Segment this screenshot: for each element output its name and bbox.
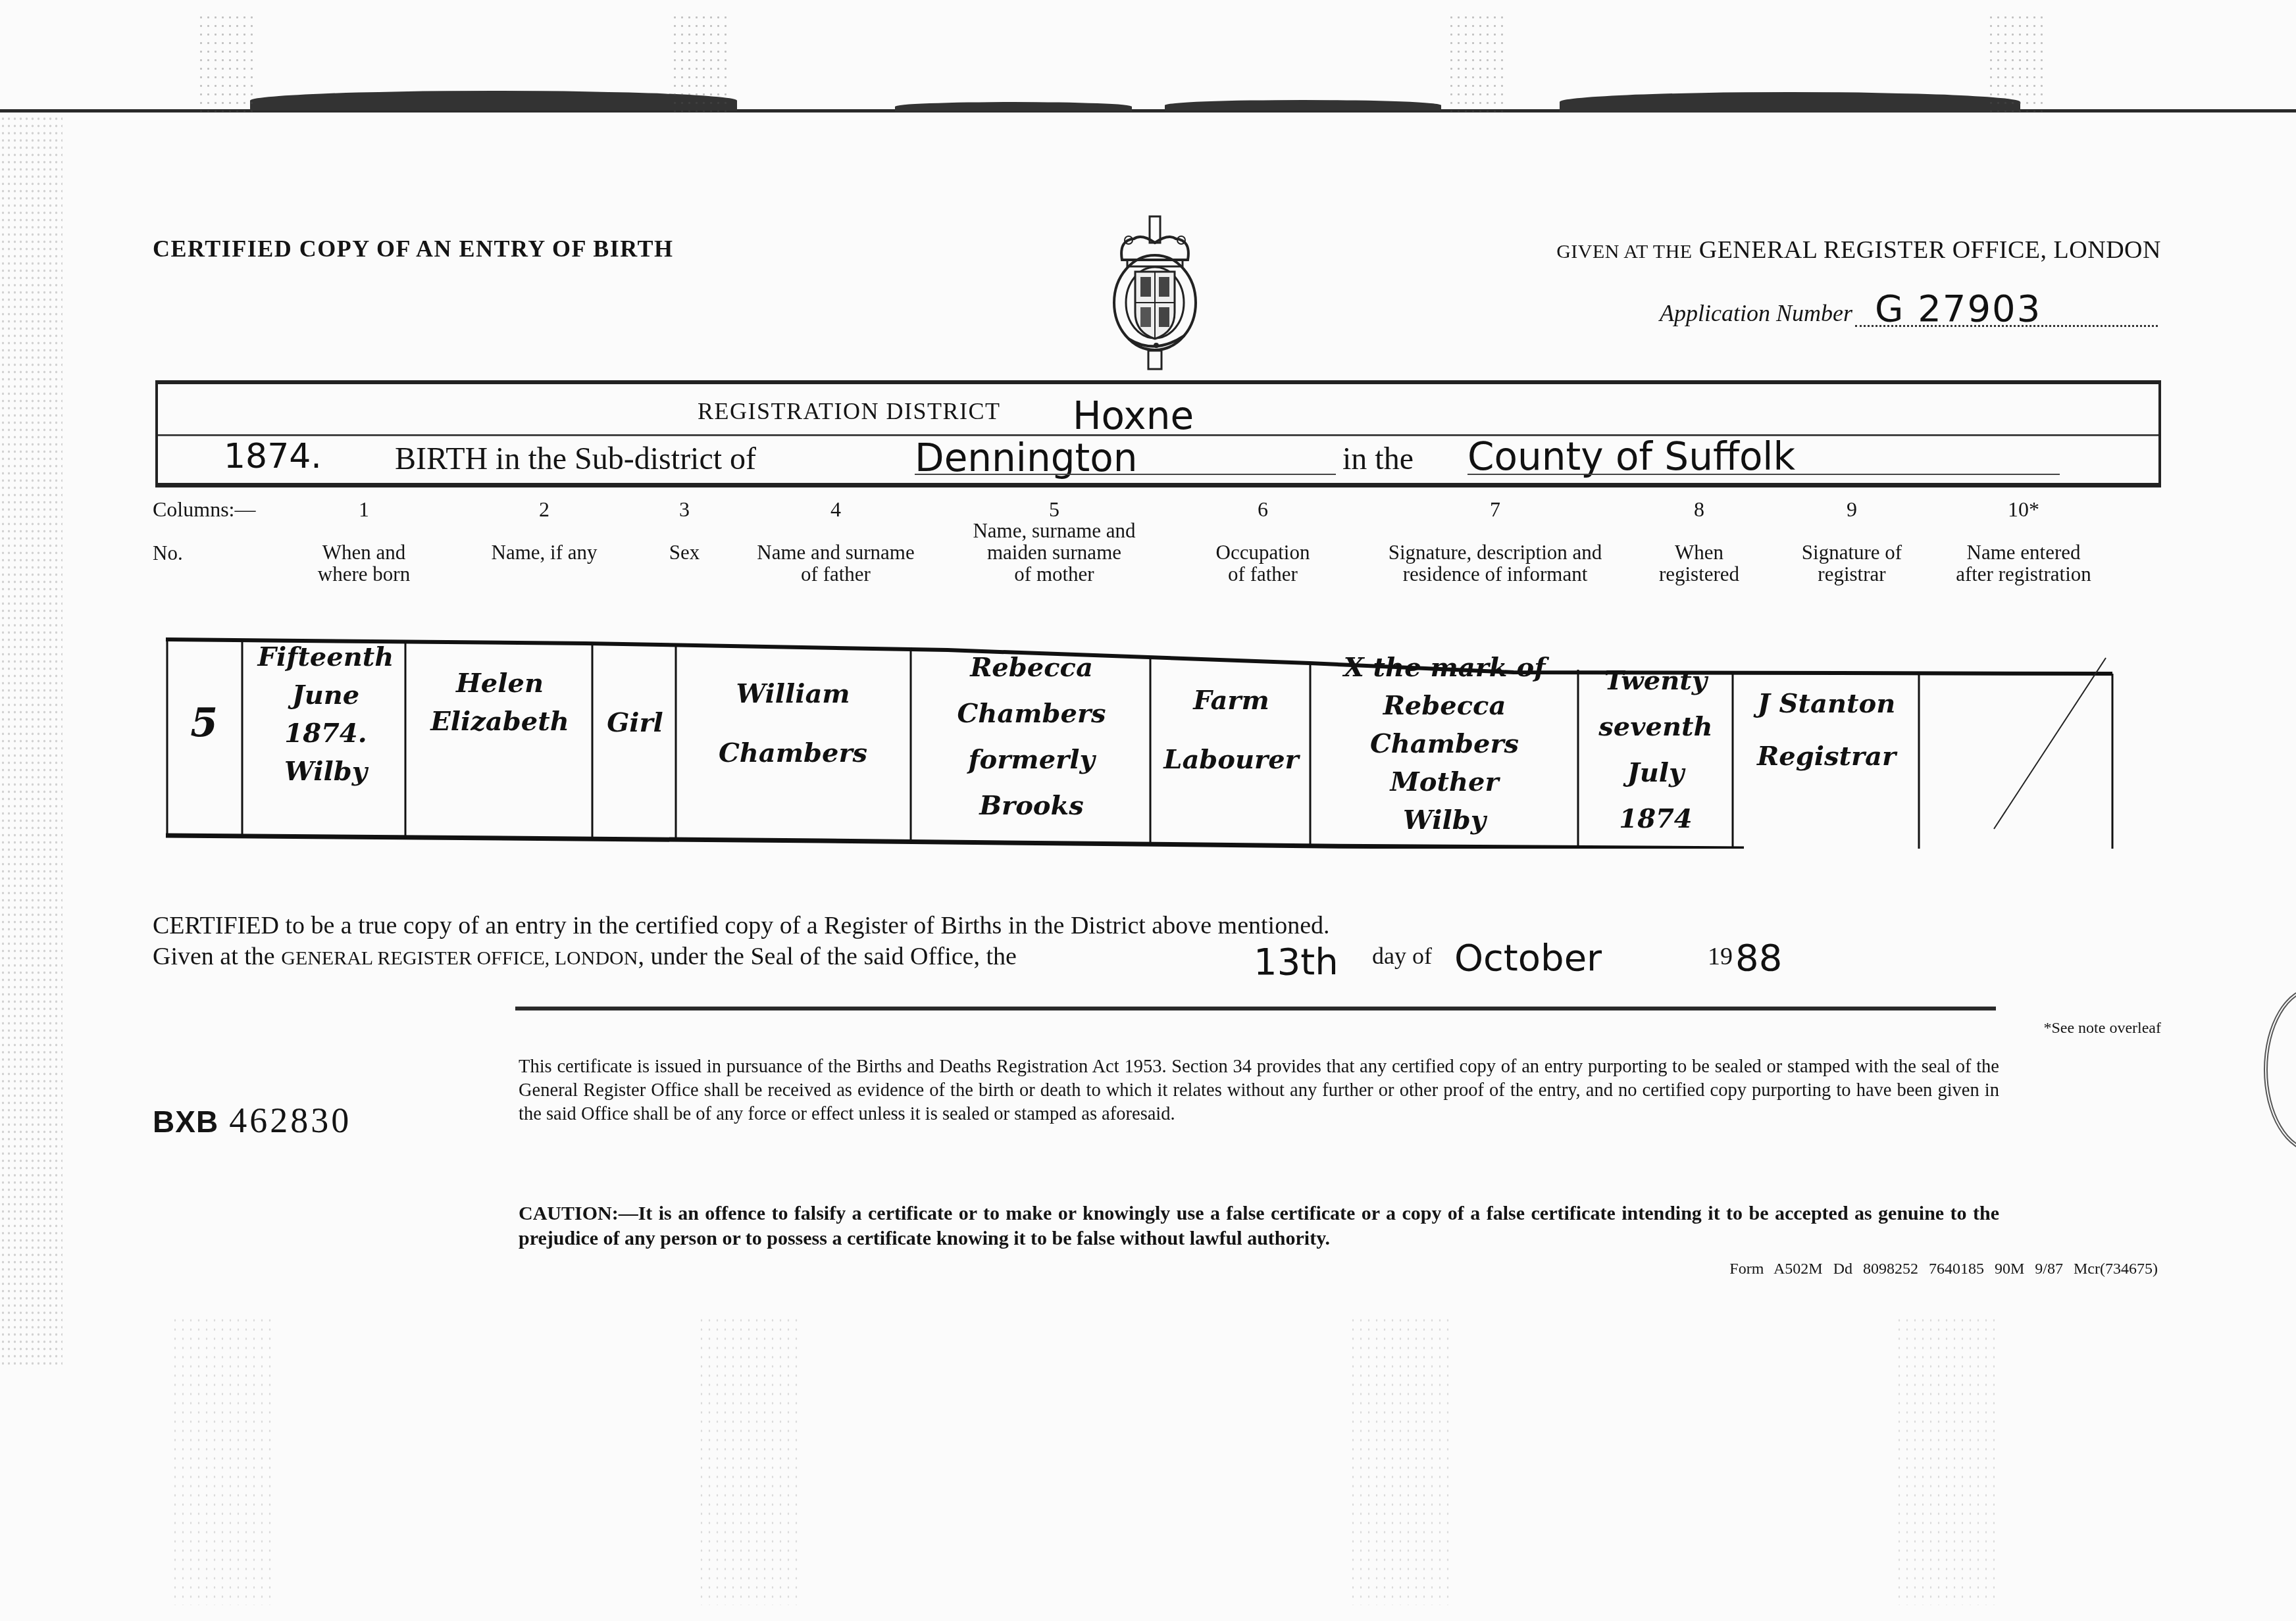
subdistrict-row: 1874. BIRTH in the Sub-district of Denni… — [158, 437, 2158, 480]
given-at-text: Given at the — [153, 943, 275, 970]
entry-registrar-signature: J Stanton Registrar — [1736, 678, 1917, 783]
column-number: 6 — [1258, 497, 1268, 522]
column-header: Sex — [669, 541, 700, 563]
issuing-office: Given at the GENERAL REGISTER OFFICE, LO… — [1556, 236, 2161, 264]
county-label: in the — [1342, 441, 1414, 477]
application-number-row: Application Number G 27903 — [1660, 299, 2158, 327]
column-header-no: No. — [153, 542, 183, 564]
subdistrict-underline — [915, 474, 1336, 475]
column-number: 10* — [2008, 497, 2039, 522]
serial-prefix: BXB — [153, 1105, 218, 1139]
application-number-label: Application Number — [1660, 299, 1852, 327]
registration-box: REGISTRATION DISTRICT Hoxne 1874. BIRTH … — [155, 380, 2161, 487]
column-header: When registered — [1659, 541, 1739, 585]
county-underline — [1467, 474, 2060, 475]
certification-year-suffix: 88 — [1735, 937, 1782, 980]
column-header: Signature of registrar — [1802, 541, 1902, 585]
serial-number: BXB462830 — [153, 1100, 351, 1141]
column-header: When and where born — [318, 541, 410, 585]
day-of-label: day of — [1372, 942, 1432, 970]
registration-district-label: REGISTRATION DISTRICT — [698, 397, 1001, 425]
entry-father: William Chambers — [678, 664, 908, 783]
entry-informant: X the mark of Rebecca Chambers Mother Wi… — [1313, 649, 1576, 839]
entry-number: 5 — [171, 704, 237, 742]
certification-given-at: Given at the General Register Office, Lo… — [153, 942, 1017, 971]
certification-month: October — [1454, 937, 1602, 980]
caution-notice: CAUTION:—It is an offence to falsify a c… — [519, 1201, 1999, 1251]
column-number: 2 — [539, 497, 549, 522]
entry-mother: Rebecca Chambers formerly Brooks — [915, 645, 1148, 829]
column-headers: No. When and where born Name, if any Sex… — [153, 520, 2160, 599]
serial-value: 462830 — [229, 1101, 351, 1140]
given-at-label: Given at the — [1556, 241, 1693, 262]
entry-sex: Girl — [596, 704, 675, 742]
security-background-text — [0, 115, 63, 1365]
divider — [158, 434, 2158, 436]
entry-child-name: Helen Elizabeth — [409, 664, 590, 741]
embossed-seal-stamp — [2264, 987, 2296, 1153]
background-speckle — [1987, 13, 2047, 112]
edge-shadow — [895, 102, 1132, 111]
application-number-value: G 27903 — [1875, 287, 2041, 330]
column-number: 8 — [1694, 497, 1704, 522]
certification-day: 13th — [1254, 941, 1339, 984]
office-name: GENERAL REGISTER OFFICE, LONDON — [1699, 236, 2161, 264]
certificate-title: CERTIFIED COPY OF AN ENTRY OF BIRTH — [153, 235, 673, 262]
column-header: Name entered after registration — [1956, 541, 2091, 585]
subdistrict-label: BIRTH in the Sub-district of — [395, 441, 756, 477]
application-number-field: G 27903 — [1855, 305, 2158, 327]
column-header: Name, surname and maiden surname of moth… — [973, 520, 1135, 585]
county-value: County of Suffolk — [1467, 434, 1795, 479]
form-number: Form A502M Dd 8098252 7640185 90M 9/87 M… — [1729, 1260, 2158, 1278]
certification-statement: CERTIFIED to be a true copy of an entry … — [153, 911, 1330, 940]
column-number: 9 — [1847, 497, 1857, 522]
entry-occupation: Farm Labourer — [1153, 671, 1310, 789]
royal-crest-icon — [1102, 214, 1208, 372]
background-speckle — [698, 1316, 803, 1605]
entry-when-where-born: Fifteenth June 1874. Wilby — [247, 638, 405, 791]
column-number: 5 — [1049, 497, 1059, 522]
column-number: 7 — [1490, 497, 1500, 522]
signature-rule — [515, 1007, 1996, 1010]
edge-shadow — [250, 91, 737, 111]
background-speckle — [1349, 1316, 1454, 1605]
column-number: 4 — [830, 497, 841, 522]
certification-year-prefix: 19 — [1708, 942, 1733, 971]
column-header: Occupation of father — [1216, 541, 1310, 585]
seal-text: , under the Seal of the said Office, the — [638, 943, 1016, 970]
registration-district-value: Hoxne — [1073, 393, 1194, 438]
background-speckle — [1448, 13, 1507, 112]
column-header: Name and surname of father — [757, 541, 914, 585]
see-note-overleaf: *See note overleaf — [2043, 1020, 2161, 1037]
column-header: Name, if any — [492, 541, 598, 563]
edge-shadow — [1560, 92, 2020, 112]
column-number: 3 — [679, 497, 690, 522]
column-number: 1 — [359, 497, 369, 522]
background-speckle — [1895, 1316, 2001, 1605]
given-at-office: General Register Office, London — [281, 947, 638, 969]
column-header: Signature, description and residence of … — [1389, 541, 1602, 585]
registration-year: 1874. — [224, 437, 322, 476]
background-speckle — [671, 13, 730, 112]
background-speckle — [171, 1316, 276, 1605]
background-speckle — [197, 13, 257, 112]
entry-when-registered: Twenty seventh July 1874 — [1579, 658, 1732, 842]
legal-notice: This certificate is issued in pursuance … — [519, 1055, 1999, 1126]
birth-entry-row: 5 Fifteenth June 1874. Wilby Helen Eliza… — [165, 632, 2119, 842]
edge-shadow — [1165, 100, 1441, 111]
columns-label: Columns:— — [153, 497, 255, 522]
